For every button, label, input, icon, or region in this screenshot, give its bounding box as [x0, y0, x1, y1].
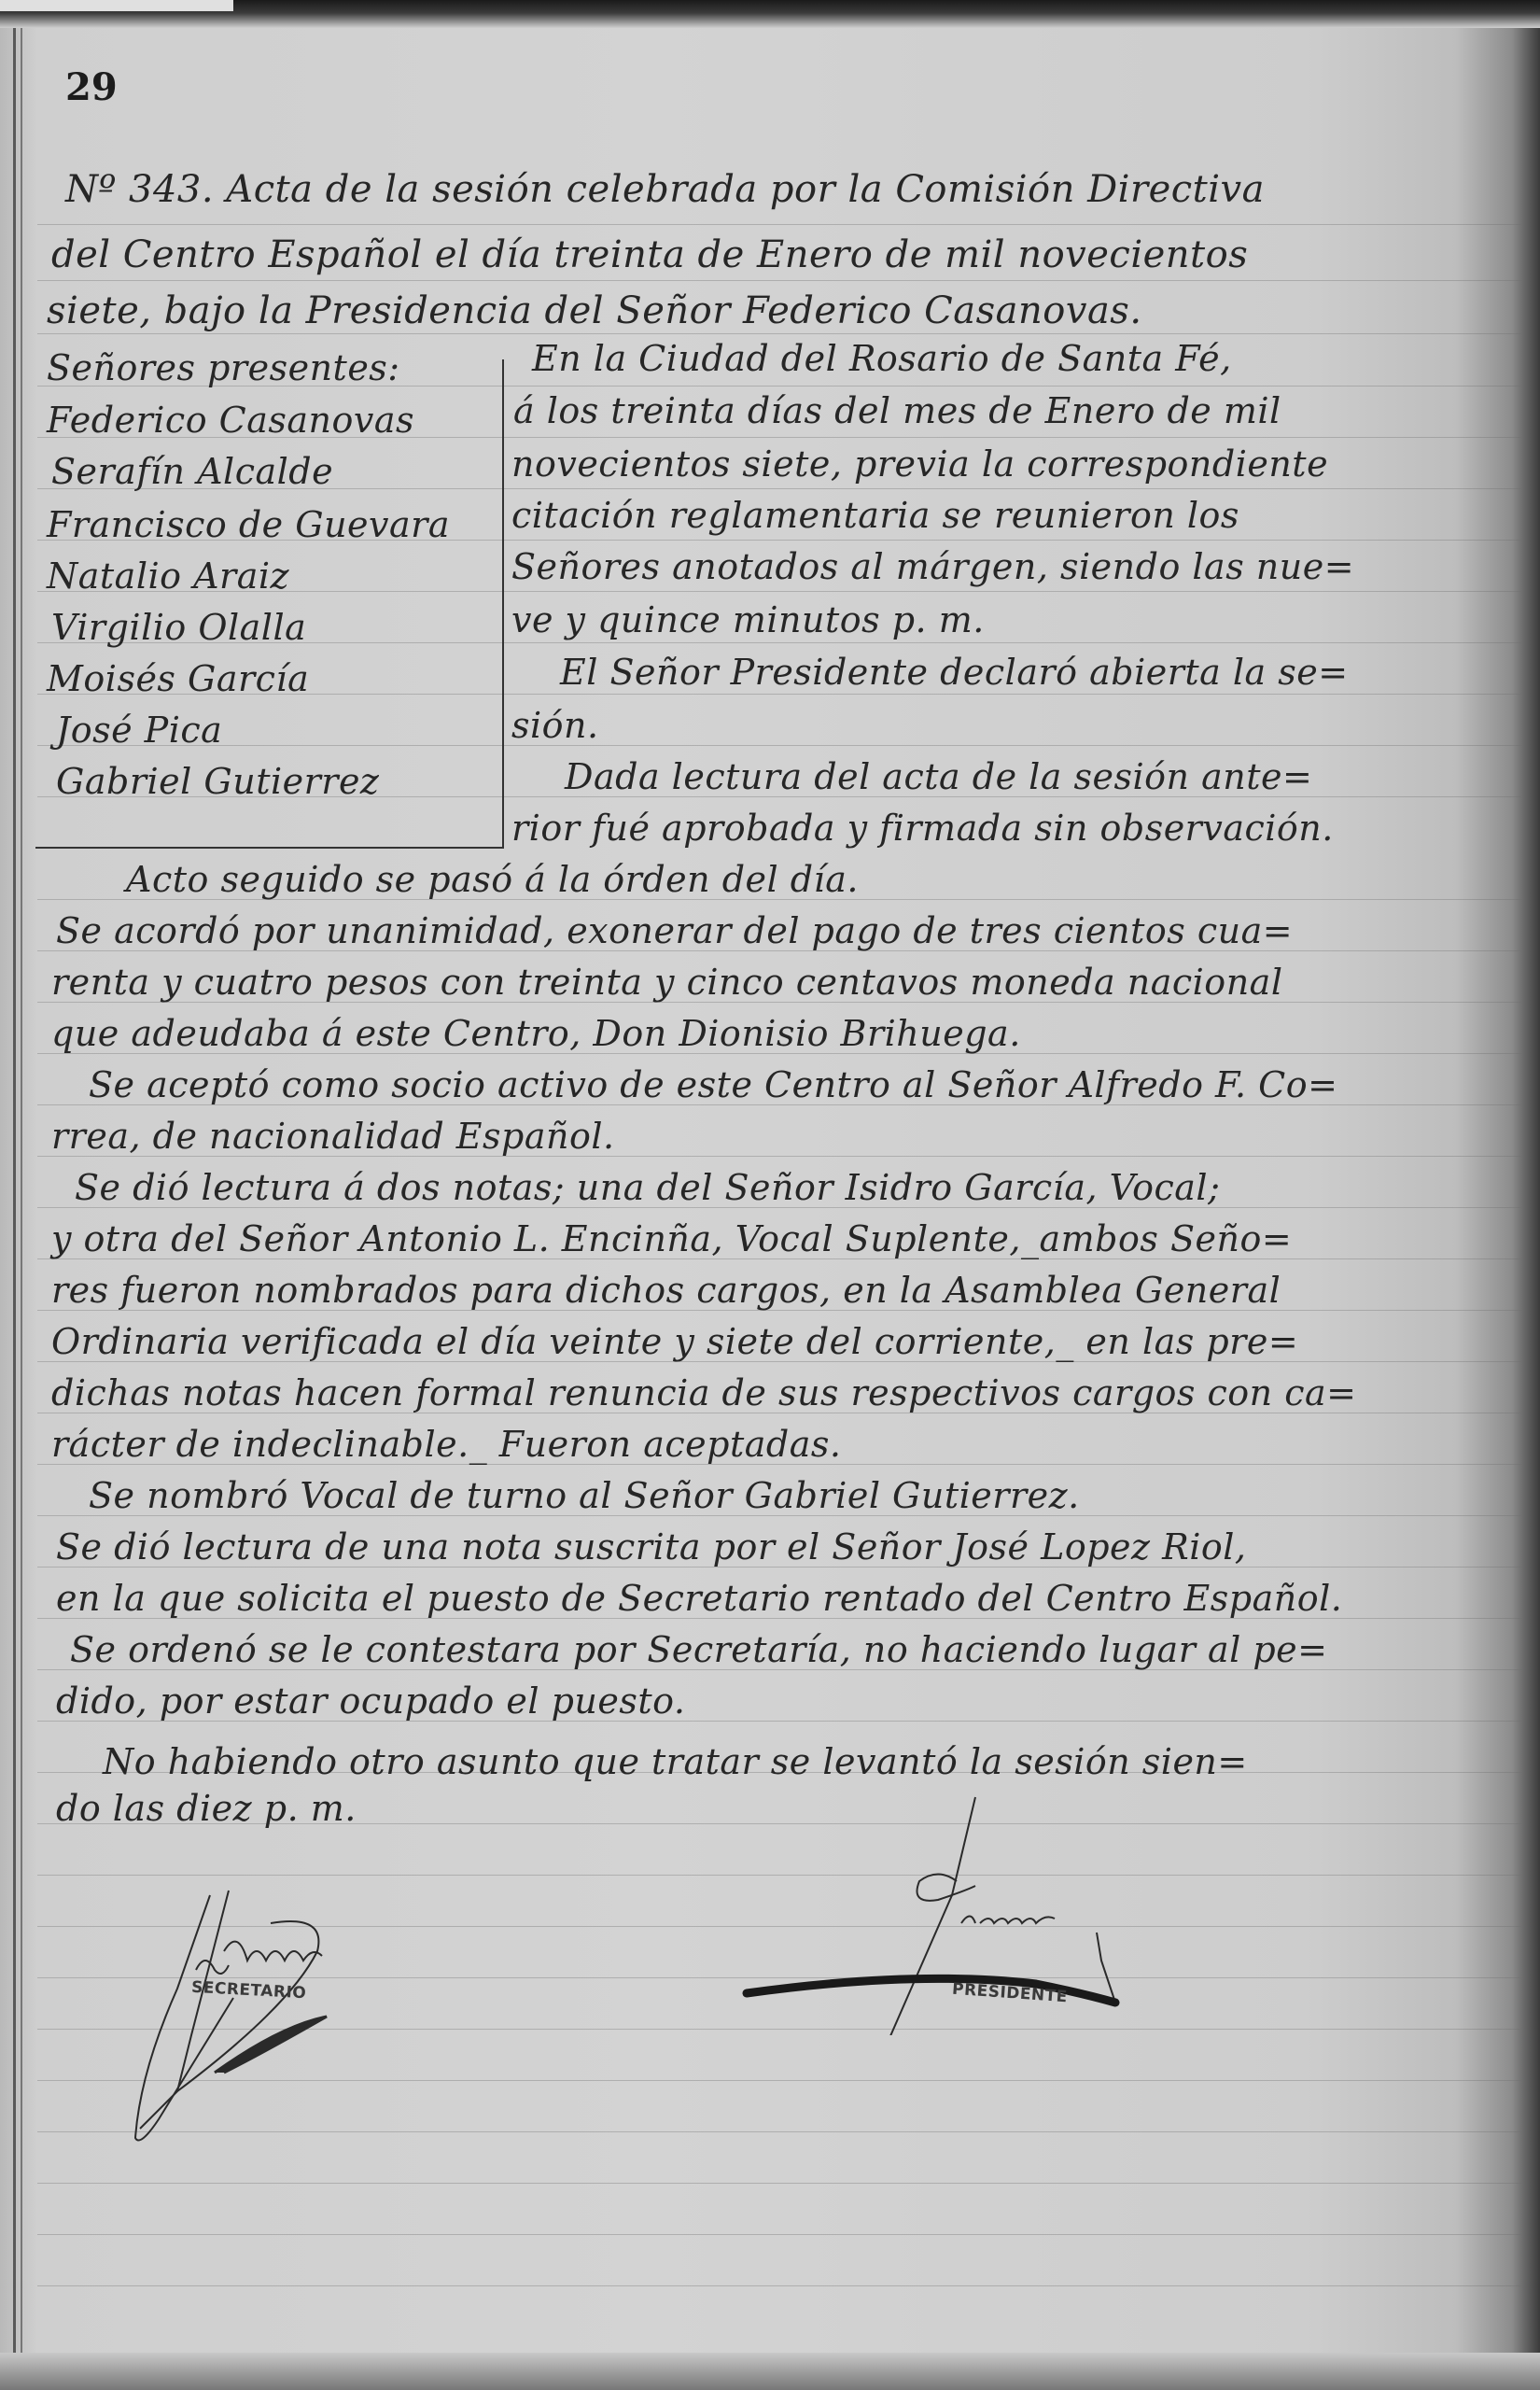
attendee-name: Natalio Araiz — [47, 555, 289, 597]
body-line: Se nombró Vocal de turno al Señor Gabrie… — [89, 1475, 1080, 1516]
ledger-page: 29 Nº 343. Acta de la sesión celebrada p… — [0, 0, 1540, 2390]
attendee-name: Moisés García — [47, 658, 309, 699]
ruled-line — [37, 333, 1521, 334]
body-line: novecientos siete, previa la correspondi… — [511, 443, 1328, 485]
page-bottom-edge — [0, 2353, 1540, 2390]
ruled-line — [37, 2183, 1521, 2184]
heading-line: Nº 343. Acta de la sesión celebrada por … — [65, 168, 1265, 211]
body-line: En la Ciudad del Rosario de Santa Fé, — [532, 338, 1232, 379]
secretary-signature — [121, 1886, 551, 2166]
body-line: Dada lectura del acta de la sesión ante= — [565, 756, 1312, 797]
body-line: Se aceptó como socio activo de este Cent… — [89, 1064, 1337, 1105]
body-line: en la que solicita el puesto de Secretar… — [56, 1578, 1342, 1619]
body-line: renta y cuatro pesos con treinta y cinco… — [51, 962, 1282, 1003]
body-line: que adeudaba á este Centro, Don Dionisio… — [51, 1013, 1021, 1054]
ruled-line — [37, 2234, 1521, 2235]
attendee-name: Virgilio Olalla — [51, 607, 306, 648]
body-line: citación reglamentaria se reunieron los — [511, 495, 1239, 536]
binding-line — [21, 28, 22, 2362]
body-line: res fueron nombrados para dichos cargos,… — [51, 1270, 1281, 1311]
body-line: Se dió lectura á dos notas; una del Seño… — [75, 1167, 1220, 1208]
body-line: dido, por estar ocupado el puesto. — [56, 1680, 685, 1722]
attendee-name: Federico Casanovas — [47, 400, 414, 441]
attendees-title: Señores presentes: — [47, 347, 400, 388]
attendee-name: Francisco de Guevara — [47, 504, 450, 545]
page-number: 29 — [65, 65, 118, 109]
heading-line: siete, bajo la Presidencia del Señor Fed… — [47, 289, 1142, 332]
attendee-name: Serafín Alcalde — [51, 451, 333, 492]
body-line: Señores anotados al márgen, siendo las n… — [511, 546, 1354, 587]
body-line: ve y quince minutos p. m. — [511, 599, 985, 640]
body-line: Acto seguido se pasó á la órden del día. — [126, 859, 859, 900]
body-line: Se ordenó se le contestara por Secretarí… — [70, 1629, 1328, 1670]
body-line: rior fué aprobada y firmada sin observac… — [511, 808, 1334, 849]
body-line: do las diez p. m. — [56, 1788, 357, 1829]
ruled-line — [37, 224, 1521, 225]
heading-line: del Centro Español el día treinta de Ene… — [51, 233, 1248, 276]
body-line: rrea, de nacionalidad Español. — [51, 1116, 615, 1157]
body-line: rácter de indeclinable._ Fueron aceptada… — [51, 1424, 841, 1465]
body-line: Ordinaria verificada el día veinte y sie… — [51, 1321, 1298, 1362]
ruled-line — [37, 2285, 1521, 2286]
body-line: sión. — [511, 705, 599, 746]
body-line: Se dió lectura de una nota suscrita por … — [56, 1526, 1246, 1568]
attendee-name: Gabriel Gutierrez — [56, 761, 379, 802]
body-line: No habiendo otro asunto que tratar se le… — [103, 1741, 1248, 1782]
binding-line — [13, 28, 16, 2362]
body-line: Se acordó por unanimidad, exonerar del p… — [56, 910, 1293, 951]
body-line: El Señor Presidente declaró abierta la s… — [560, 652, 1349, 693]
attendee-name: José Pica — [56, 710, 222, 751]
previous-page-edge — [0, 0, 233, 11]
body-line: dichas notas hacen formal renuncia de su… — [51, 1372, 1356, 1413]
body-line: á los treinta días del mes de Enero de m… — [513, 390, 1281, 431]
body-line: y otra del Señor Antonio L. Encinña, Voc… — [51, 1218, 1292, 1259]
ruled-line — [37, 280, 1521, 281]
